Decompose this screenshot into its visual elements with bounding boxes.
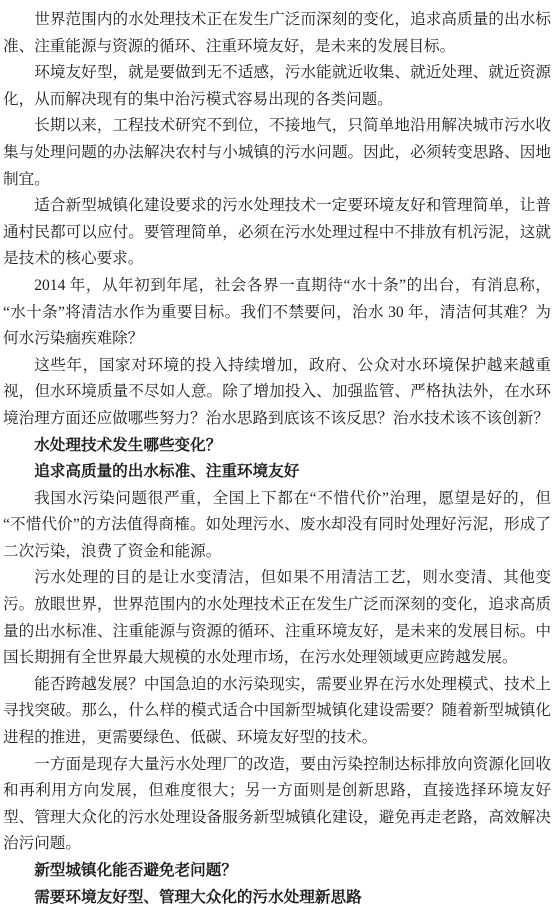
article-body: 世界范围内的水处理技术正在发生广泛而深刻的变化，追求高质量的出水标准、注重能源与…	[0, 0, 554, 909]
paragraph: 这些年，国家对环境的投入持续增加，政府、公众对水环境保护越来越重视，但水环境质量…	[3, 353, 551, 433]
section-subheading: 需要环境友好型、管理大众化的污水处理新思路	[3, 885, 551, 909]
paragraph: 世界范围内的水处理技术正在发生广泛而深刻的变化，追求高质量的出水标准、注重能源与…	[3, 7, 551, 60]
document-page: { "page": { "background_color": "#ffffff…	[0, 0, 554, 909]
paragraph: 能否跨越发展？中国急迫的水污染现实，需要业界在污水处理模式、技术上寻找突破。那么…	[3, 672, 551, 752]
paragraph: 一方面是现存大量污水处理厂的改造，要由污染控制达标排放向资源化回收和再利用方向发…	[3, 752, 551, 858]
paragraph: 2014 年，从年初到年尾，社会各界一直期待“水十条”的出台，有消息称，“水十条…	[3, 273, 551, 353]
paragraph: 长期以来，工程技术研究不到位，不接地气，只简单地沿用解决城市污水收集与处理问题的…	[3, 113, 551, 193]
section-subheading: 追求高质量的出水标准、注重环境友好	[3, 459, 551, 486]
section-heading: 新型城镇化能否避免老问题？	[3, 858, 551, 885]
paragraph: 污水处理的目的是让水变清洁，但如果不用清洁工艺，则水变清、其他变污。放眼世界，世…	[3, 565, 551, 671]
paragraph: 适合新型城镇化建设要求的污水处理技术一定要环境友好和管理简单，让普通村民都可以应…	[3, 193, 551, 273]
paragraph: 我国水污染问题很严重，全国上下都在“不惜代价”治理，愿望是好的，但“不惜代价”的…	[3, 486, 551, 566]
section-heading: 水处理技术发生哪些变化？	[3, 433, 551, 460]
paragraph: 环境友好型，就是要做到无不适感，污水能就近收集、就近处理、就近资源化，从而解决现…	[3, 60, 551, 113]
